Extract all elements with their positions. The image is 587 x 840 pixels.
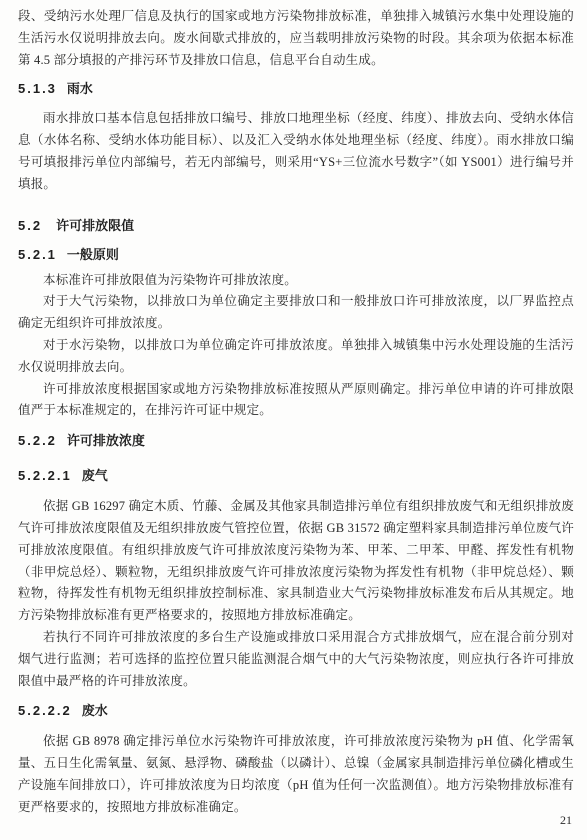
paragraph: 依据 GB 16297 确定木质、竹藤、金属及其他家具制造排污单位有组织排放废气…	[18, 496, 574, 627]
page-number: 21	[560, 812, 572, 828]
heading-title: 许可排放浓度	[67, 433, 145, 448]
paragraph: 对于大气污染物，以排放口为单位确定主要排放口和一般排放口许可排放浓度，以厂界监控…	[18, 291, 574, 335]
document-page: 段、受纳污水处理厂信息及执行的国家或地方污染物排放标准，单独排入城镇污水集中处理…	[0, 0, 587, 840]
section-heading-5-2-2: 5.2.2许可排放浓度	[18, 430, 574, 452]
heading-title: 雨水	[67, 81, 93, 96]
paragraph: 对于水污染物，以排放口为单位确定许可排放浓度。单独排入城镇集中污水处理设施的生活…	[18, 335, 574, 379]
section-heading-5-2-2-1: 5.2.2.1废气	[18, 465, 574, 487]
heading-number: 5.2.2.2	[18, 703, 72, 718]
heading-number: 5.2.2.1	[18, 468, 72, 483]
paragraph: 依据 GB 8978 确定排污单位水污染物许可排放浓度，许可排放浓度污染物为 p…	[18, 731, 574, 818]
heading-title: 废水	[82, 703, 108, 718]
section-heading-5-1-3: 5.1.3雨水	[18, 78, 574, 100]
heading-number: 5.1.3	[18, 81, 57, 96]
section-heading-5-2-2-2: 5.2.2.2废水	[18, 700, 574, 722]
heading-title: 许可排放限值	[56, 218, 134, 233]
section-heading-5-2-1: 5.2.1一般原则	[18, 244, 574, 266]
paragraph: 雨水排放口基本信息包括排放口编号、排放口地理坐标（经度、纬度）、排放去向、受纳水…	[18, 108, 574, 195]
paragraph: 若执行不同许可排放浓度的多台生产设施或排放口采用混合方式排放烟气，应在混合前分别…	[18, 627, 574, 692]
heading-number: 5.2	[18, 218, 42, 233]
heading-number: 5.2.1	[18, 247, 57, 262]
section-heading-5-2: 5.2许可排放限值	[18, 215, 574, 237]
paragraph: 本标准许可排放限值为污染物许可排放浓度。	[18, 270, 574, 292]
paragraph: 许可排放浓度根据国家或地方污染物排放标准按照从严原则确定。排污单位申请的许可排放…	[18, 379, 574, 423]
heading-title: 废气	[82, 468, 108, 483]
heading-number: 5.2.2	[18, 433, 57, 448]
heading-title: 一般原则	[67, 247, 119, 262]
paragraph-continued: 段、受纳污水处理厂信息及执行的国家或地方污染物排放标准，单独排入城镇污水集中处理…	[18, 6, 574, 71]
